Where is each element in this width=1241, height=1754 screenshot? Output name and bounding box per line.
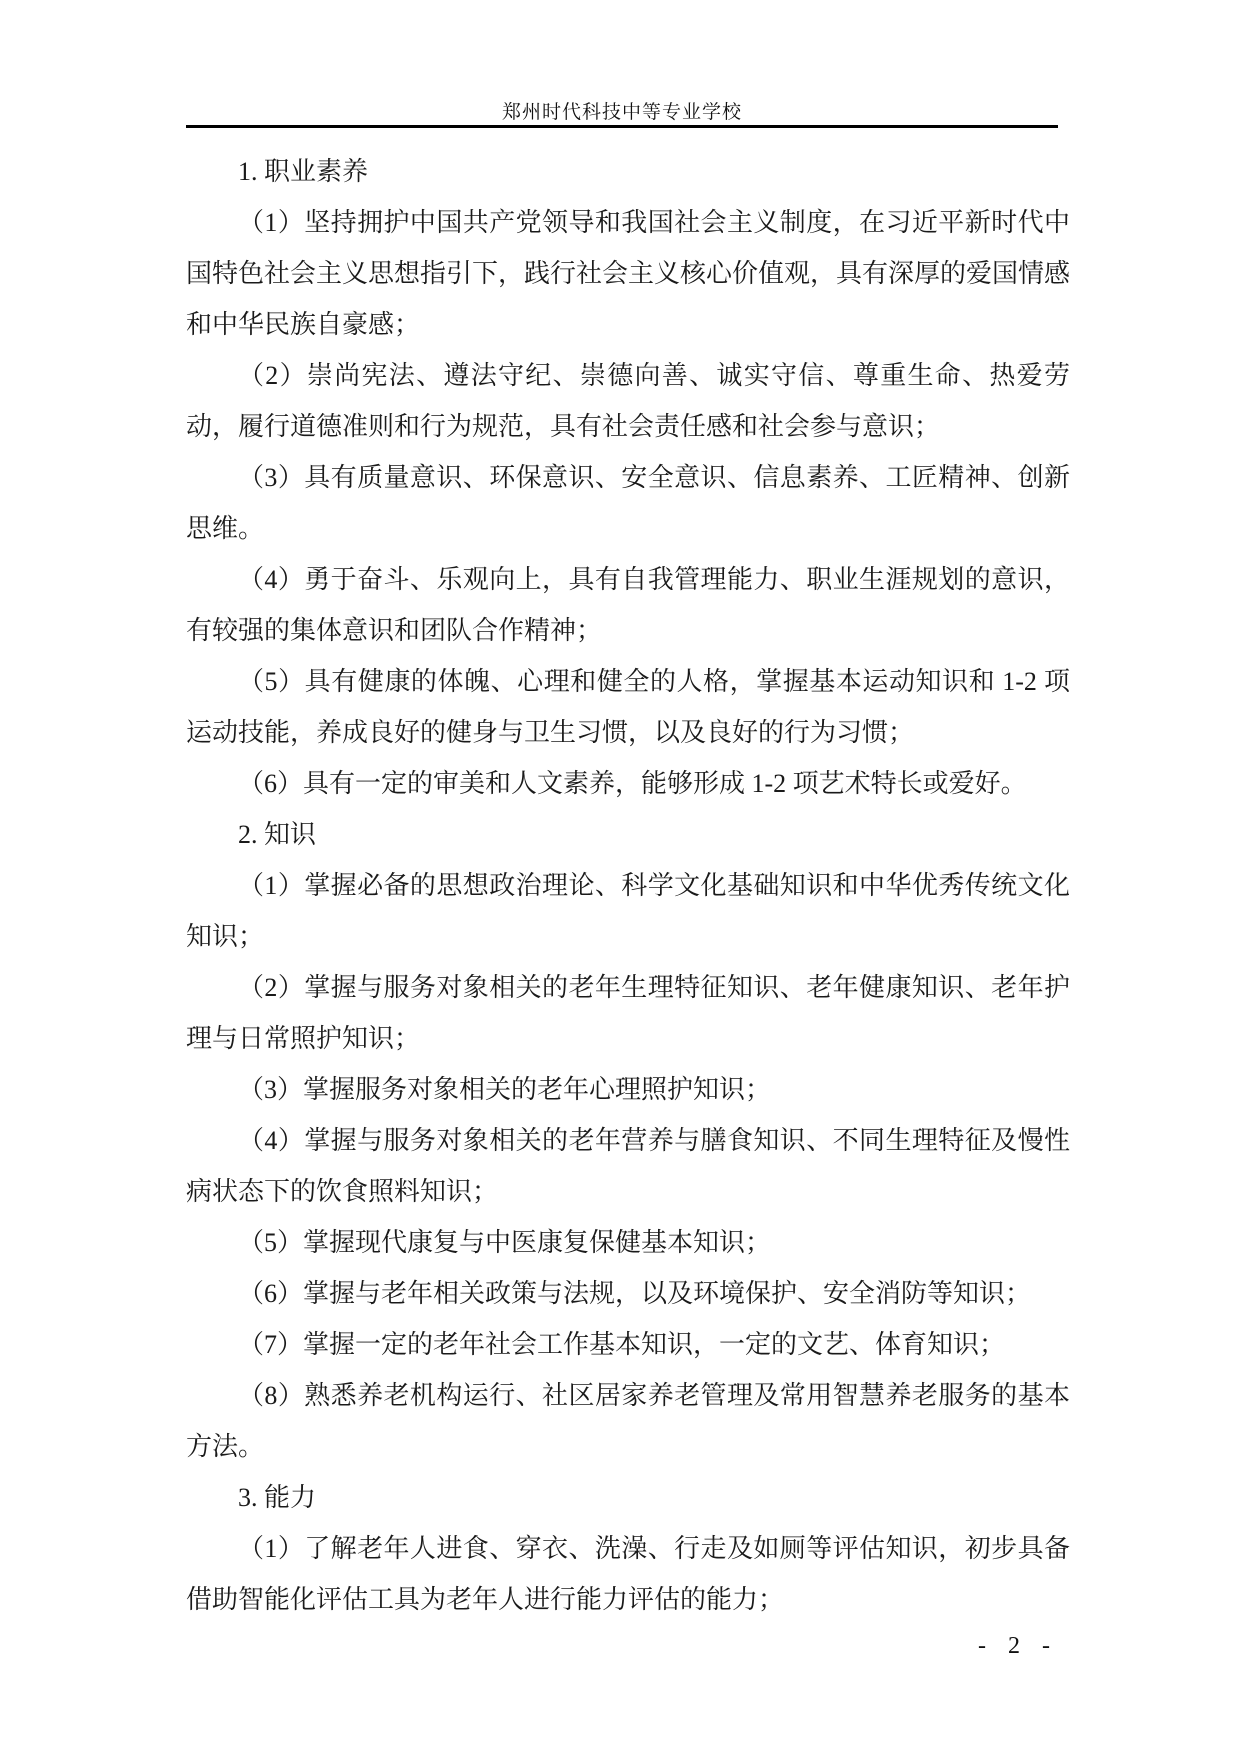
paragraph-knowledge-7: （7）掌握一定的老年社会工作基本知识，一定的文艺、体育知识； [186, 1319, 1070, 1370]
paragraph-quality-3: （3）具有质量意识、环保意识、安全意识、信息素养、工匠精神、创新思维。 [186, 452, 1070, 554]
paragraph-knowledge-3: （3）掌握服务对象相关的老年心理照护知识； [186, 1064, 1070, 1115]
section-heading-1: 1. 职业素养 [186, 146, 1070, 197]
paragraph-knowledge-8: （8）熟悉养老机构运行、社区居家养老管理及常用智慧养老服务的基本方法。 [186, 1370, 1070, 1472]
paragraph-ability-1: （1）了解老年人进食、穿衣、洗澡、行走及如厕等评估知识，初步具备借助智能化评估工… [186, 1523, 1070, 1625]
paragraph-quality-5: （5）具有健康的体魄、心理和健全的人格，掌握基本运动知识和 1-2 项运动技能，… [186, 656, 1070, 758]
section-heading-2: 2. 知识 [186, 809, 1070, 860]
page-number: - 2 - [953, 1633, 1083, 1660]
section-heading-3: 3. 能力 [186, 1472, 1070, 1523]
paragraph-quality-4: （4）勇于奋斗、乐观向上，具有自我管理能力、职业生涯规划的意识，有较强的集体意识… [186, 554, 1070, 656]
document-body: 1. 职业素养 （1）坚持拥护中国共产党领导和我国社会主义制度，在习近平新时代中… [186, 146, 1070, 1625]
paragraph-quality-1: （1）坚持拥护中国共产党领导和我国社会主义制度，在习近平新时代中国特色社会主义思… [186, 197, 1070, 350]
paragraph-knowledge-4: （4）掌握与服务对象相关的老年营养与膳食知识、不同生理特征及慢性病状态下的饮食照… [186, 1115, 1070, 1217]
document-page: 郑州时代科技中等专业学校 1. 职业素养 （1）坚持拥护中国共产党领导和我国社会… [0, 0, 1241, 1754]
header-school-name: 郑州时代科技中等专业学校 [186, 97, 1058, 124]
paragraph-quality-2: （2）崇尚宪法、遵法守纪、崇德向善、诚实守信、尊重生命、热爱劳动，履行道德准则和… [186, 350, 1070, 452]
paragraph-knowledge-1: （1）掌握必备的思想政治理论、科学文化基础知识和中华优秀传统文化知识； [186, 860, 1070, 962]
paragraph-knowledge-6: （6）掌握与老年相关政策与法规，以及环境保护、安全消防等知识； [186, 1268, 1070, 1319]
paragraph-knowledge-5: （5）掌握现代康复与中医康复保健基本知识； [186, 1217, 1070, 1268]
header-rule [186, 125, 1058, 128]
paragraph-quality-6: （6）具有一定的审美和人文素养，能够形成 1-2 项艺术特长或爱好。 [186, 758, 1070, 809]
paragraph-knowledge-2: （2）掌握与服务对象相关的老年生理特征知识、老年健康知识、老年护理与日常照护知识… [186, 962, 1070, 1064]
